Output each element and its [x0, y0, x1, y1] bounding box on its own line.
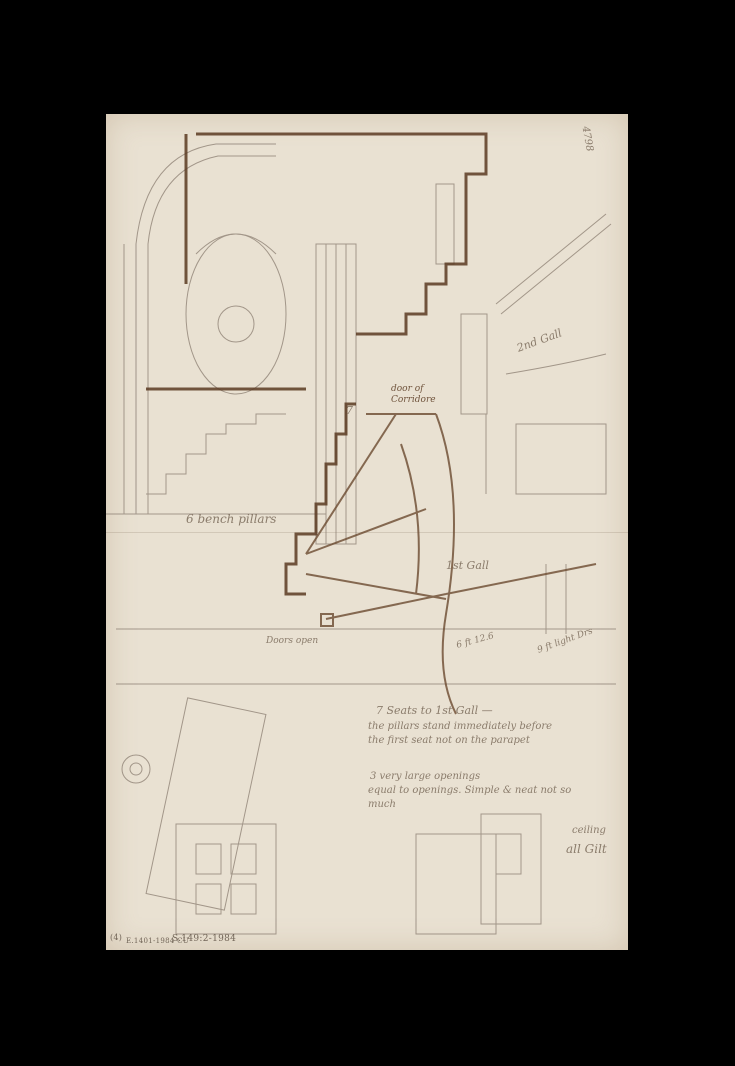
- step-number: 7: [346, 404, 353, 418]
- gallery-1st-label: 1st Gall: [446, 559, 489, 573]
- architectural-sketch: [106, 114, 628, 950]
- pillars-label: 6 bench pillars: [186, 512, 276, 526]
- upside-down-note: Doors open: [266, 634, 318, 648]
- note-line-1: 7 Seats to 1st Gall —: [376, 704, 493, 718]
- ceiling-gilt-label: all Gilt: [566, 842, 607, 856]
- note-line-2: the pillars stand immediately before: [368, 720, 552, 734]
- ceiling-label: ceiling: [572, 824, 606, 838]
- accession-number: S.149:2-1984: [172, 932, 236, 946]
- sketch-paper: 4798 door of Corridore 7 2nd Gall 1st Ga…: [106, 114, 628, 950]
- sheet-mark: (4): [110, 931, 122, 945]
- note-line-4: 3 very large openings: [370, 770, 480, 784]
- note-line-6: much: [368, 798, 396, 812]
- door-label: door of Corridore: [391, 384, 461, 406]
- note-line-3: the first seat not on the parapet: [368, 734, 530, 748]
- note-line-5: equal to openings. Simple & neat not so: [368, 784, 571, 798]
